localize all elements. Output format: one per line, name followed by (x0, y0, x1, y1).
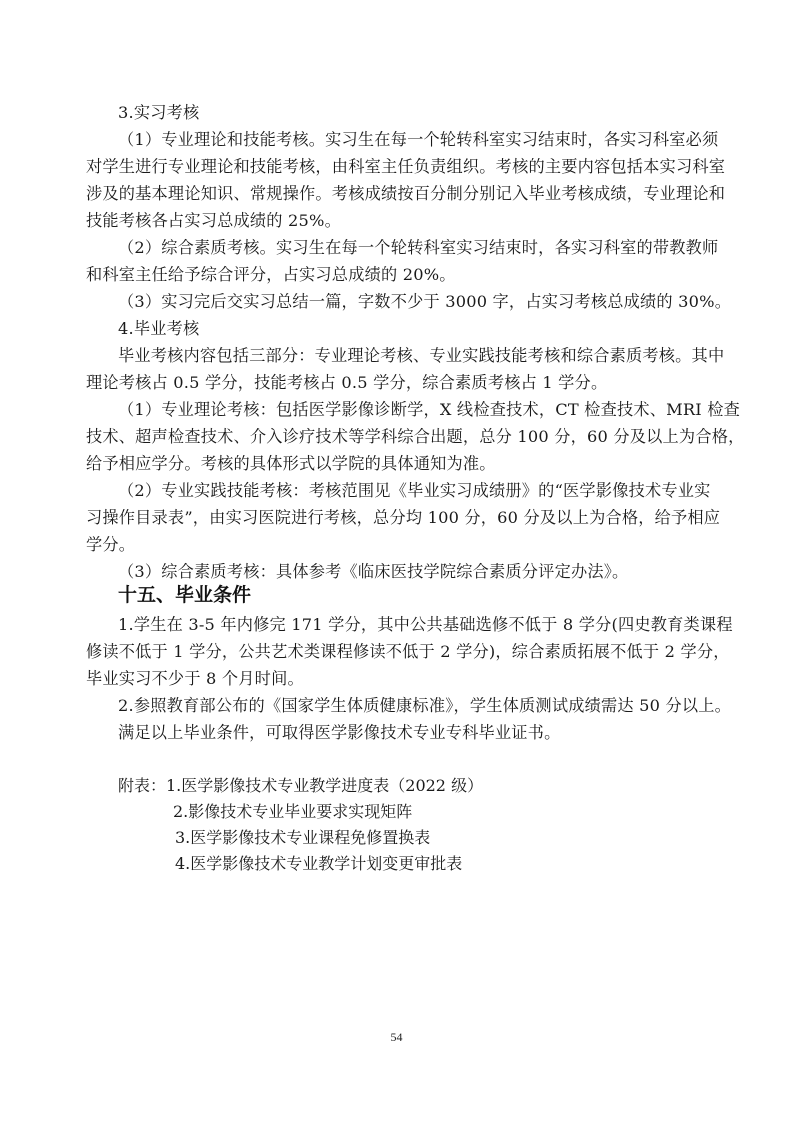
section-3-item-2-line-1: （2）综合素质考核。实习生在每一个轮转科室实习结束时，各实习科室的带教教师 (118, 234, 742, 261)
section-4-item-1-line-3: 给予相应学分。考核的具体形式以学院的具体通知为准。 (86, 450, 710, 477)
section-4-item-1-line-1: （1）专业理论考核：包括医学影像诊断学，X 线检查技术，CT 检查技术、MRI … (118, 396, 742, 423)
annex-item-4: 4.医学影像技术专业教学计划变更审批表 (175, 851, 462, 877)
section-3-item-2-line-2: 和科室主任给予综合评分，占实习总成绩的 20%。 (86, 261, 710, 288)
section-4-intro-line-1: 毕业考核内容包括三部分：专业理论考核、专业实践技能考核和综合素质考核。其中 (118, 342, 742, 369)
annex-item-3: 3.医学影像技术专业课程免修置换表 (175, 825, 430, 851)
section-4-intro-line-2: 理论考核占 0.5 学分，技能考核占 0.5 学分，综合素质考核占 1 学分。 (86, 369, 710, 396)
section-15-item-1-line-1: 1.学生在 3-5 年内修完 171 学分，其中公共基础选修不低于 8 学分(四… (118, 611, 742, 638)
section-4-item-2-line-1: （2）专业实践技能考核：考核范围见《毕业实习成绩册》的“医学影像技术专业实 (118, 477, 742, 504)
section-15-item-1-line-2: 修读不低于 1 学分，公共艺术类课程修读不低于 2 学分)，综合素质拓展不低于 … (86, 638, 710, 665)
section-15-item-1-line-3: 毕业实习不少于 8 个月时间。 (86, 665, 710, 692)
section-3-item-1-line-4: 技能考核各占实习总成绩的 25%。 (86, 207, 710, 234)
section-15-item-2: 2.参照教育部公布的《国家学生体质健康标准》，学生体质测试成绩需达 50 分以上… (118, 692, 742, 719)
section-3-title: 3.实习考核 (118, 99, 742, 126)
document-page: 3.实习考核 （1）专业理论和技能考核。实习生在每一个轮转科室实习结束时，各实习… (0, 0, 793, 1122)
section-4-item-3: （3）综合素质考核：具体参考《临床医技学院综合素质分评定办法》。 (118, 558, 742, 585)
page-number: 54 (0, 1030, 793, 1045)
section-4-title: 4.毕业考核 (118, 315, 742, 342)
section-3-item-3: （3）实习完后交实习总结一篇，字数不少于 3000 字，占实习考核总成绩的 30… (118, 288, 742, 315)
section-4-item-2-line-3: 学分。 (86, 531, 710, 558)
section-15-heading: 十五、毕业条件 (118, 582, 251, 609)
section-3-item-1-line-1: （1）专业理论和技能考核。实习生在每一个轮转科室实习结束时，各实习科室必须 (118, 126, 742, 153)
annex-item-1: 1.医学影像技术专业教学进度表（2022 级） (166, 773, 483, 799)
section-15-conclusion: 满足以上毕业条件，可取得医学影像技术专业专科毕业证书。 (118, 719, 742, 746)
section-4-item-2-line-2: 习操作目录表”，由实习医院进行考核，总分均 100 分，60 分及以上为合格，给… (86, 504, 710, 531)
annex-label: 附表： (118, 773, 166, 799)
annex-item-2: 2.影像技术专业毕业要求实现矩阵 (173, 799, 412, 825)
section-3-item-1-line-2: 对学生进行专业理论和技能考核，由科室主任负责组织。考核的主要内容包括本实习科室 (86, 153, 710, 180)
section-4-item-1-line-2: 技术、超声检查技术、介入诊疗技术等学科综合出题，总分 100 分，60 分及以上… (86, 423, 710, 450)
section-3-item-1-line-3: 涉及的基本理论知识、常规操作。考核成绩按百分制分别记入毕业考核成绩，专业理论和 (86, 180, 710, 207)
